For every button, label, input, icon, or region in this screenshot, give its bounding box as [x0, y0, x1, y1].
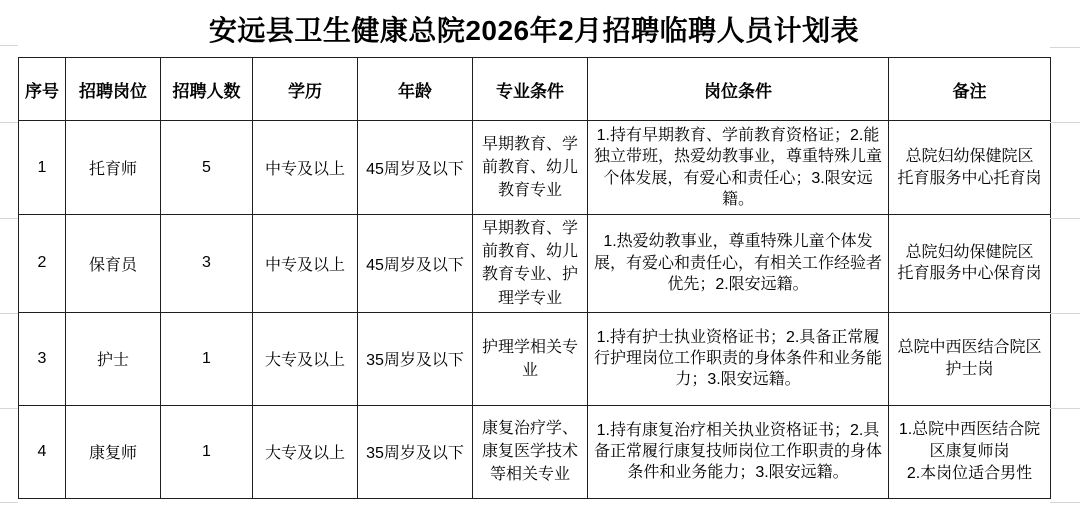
page-title: 安远县卫生健康总院2026年2月招聘临聘人员计划表 [18, 0, 1050, 57]
table-row: 3 护士 1 大专及以上 35周岁及以下 护理学相关专业 1.持有护士执业资格证… [19, 312, 1051, 405]
cell-no: 1 [19, 121, 66, 215]
spreadsheet-gridline [0, 45, 18, 46]
cell-education: 大专及以上 [253, 405, 358, 498]
recruitment-table: 序号 招聘岗位 招聘人数 学历 年龄 专业条件 岗位条件 备注 1 托育师 5 … [18, 57, 1051, 499]
cell-count: 3 [161, 215, 253, 313]
column-header-position: 招聘岗位 [66, 58, 161, 121]
cell-age: 45周岁及以下 [358, 121, 473, 215]
cell-position: 护士 [66, 312, 161, 405]
cell-no: 4 [19, 405, 66, 498]
cell-age: 35周岁及以下 [358, 312, 473, 405]
cell-remarks: 总院妇幼保健院区 托育服务中心保育岗 [889, 215, 1051, 313]
spreadsheet-gridline [0, 502, 18, 503]
cell-major: 康复治疗学、康复医学技术等相关专业 [473, 405, 588, 498]
cell-count: 1 [161, 312, 253, 405]
spreadsheet-gridline [0, 218, 18, 219]
cell-conditions: 1.持有早期教育、学前教育资格证；2.能独立带班，热爱幼教事业，尊重特殊儿童个体… [588, 121, 889, 215]
table-row: 4 康复师 1 大专及以上 35周岁及以下 康复治疗学、康复医学技术等相关专业 … [19, 405, 1051, 498]
cell-age: 35周岁及以下 [358, 405, 473, 498]
spreadsheet-gridline [1050, 218, 1080, 219]
spreadsheet-gridline [1050, 122, 1080, 123]
spreadsheet-gridline [1050, 313, 1080, 314]
cell-education: 中专及以上 [253, 215, 358, 313]
cell-no: 3 [19, 312, 66, 405]
spreadsheet-gridline [1050, 408, 1080, 409]
cell-age: 45周岁及以下 [358, 215, 473, 313]
cell-conditions: 1.热爱幼教事业，尊重特殊儿童个体发展，有爱心和责任心，有相关工作经验者优先；2… [588, 215, 889, 313]
spreadsheet-gridline [0, 408, 18, 409]
cell-remarks: 总院妇幼保健院区 托育服务中心托育岗 [889, 121, 1051, 215]
cell-conditions: 1.持有护士执业资格证书；2.具备正常履行护理岗位工作职责的身体条件和业务能力；… [588, 312, 889, 405]
column-header-conditions: 岗位条件 [588, 58, 889, 121]
table-row: 2 保育员 3 中专及以上 45周岁及以下 早期教育、学前教育、幼儿教育专业、护… [19, 215, 1051, 313]
cell-remarks: 总院中西医结合院区 护士岗 [889, 312, 1051, 405]
cell-remarks: 1.总院中西医结合院区康复师岗 2.本岗位适合男性 [889, 405, 1051, 498]
cell-major: 护理学相关专业 [473, 312, 588, 405]
spreadsheet-gridline [0, 122, 18, 123]
column-header-no: 序号 [19, 58, 66, 121]
cell-major: 早期教育、学前教育、幼儿教育专业、护理学专业 [473, 215, 588, 313]
column-header-count: 招聘人数 [161, 58, 253, 121]
table-row: 1 托育师 5 中专及以上 45周岁及以下 早期教育、学前教育、幼儿教育专业 1… [19, 121, 1051, 215]
column-header-remarks: 备注 [889, 58, 1051, 121]
column-header-major: 专业条件 [473, 58, 588, 121]
header-row: 序号 招聘岗位 招聘人数 学历 年龄 专业条件 岗位条件 备注 [19, 58, 1051, 121]
cell-count: 5 [161, 121, 253, 215]
cell-education: 大专及以上 [253, 312, 358, 405]
spreadsheet-gridline [1050, 502, 1080, 503]
spreadsheet-gridline [0, 313, 18, 314]
cell-position: 保育员 [66, 215, 161, 313]
recruitment-plan-sheet: 安远县卫生健康总院2026年2月招聘临聘人员计划表 序号 招聘岗位 招聘人数 学… [0, 0, 1080, 506]
cell-count: 1 [161, 405, 253, 498]
cell-conditions: 1.持有康复治疗相关执业资格证书；2.具备正常履行康复技师岗位工作职责的身体条件… [588, 405, 889, 498]
cell-position: 托育师 [66, 121, 161, 215]
cell-position: 康复师 [66, 405, 161, 498]
cell-major: 早期教育、学前教育、幼儿教育专业 [473, 121, 588, 215]
column-header-education: 学历 [253, 58, 358, 121]
spreadsheet-gridline [1050, 47, 1080, 48]
column-header-age: 年龄 [358, 58, 473, 121]
cell-education: 中专及以上 [253, 121, 358, 215]
cell-no: 2 [19, 215, 66, 313]
